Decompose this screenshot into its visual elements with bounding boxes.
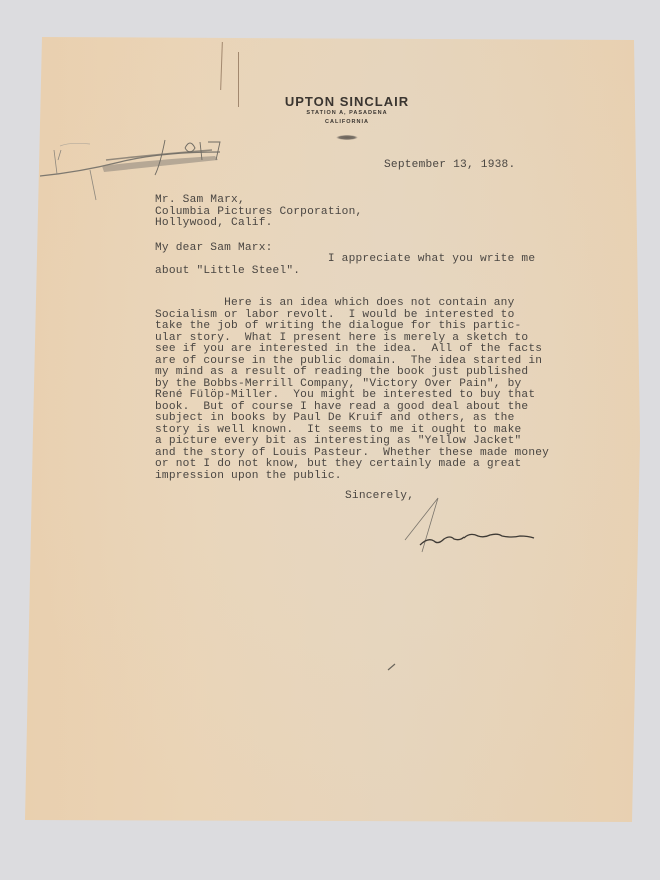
letterhead-station: STATION A, PASADENA [262, 109, 432, 118]
letterhead-name: UPTON SINCLAIR [262, 94, 432, 109]
smudge-mark-icon [385, 660, 399, 674]
fold-mark [238, 52, 239, 107]
letterhead: UPTON SINCLAIR STATION A, PASADENA CALIF… [262, 94, 432, 145]
ornament-icon [336, 135, 358, 140]
recipient-address: Mr. Sam Marx, Columbia Pictures Corporat… [155, 195, 362, 230]
letter-date: September 13, 1938. [384, 160, 515, 172]
letterhead-state: CALIFORNIA [262, 118, 432, 127]
body-paragraph: Here is an idea which does not contain a… [155, 298, 549, 482]
intro-paragraph: I appreciate what you write me about "Li… [155, 254, 535, 277]
signature-icon [400, 490, 560, 560]
